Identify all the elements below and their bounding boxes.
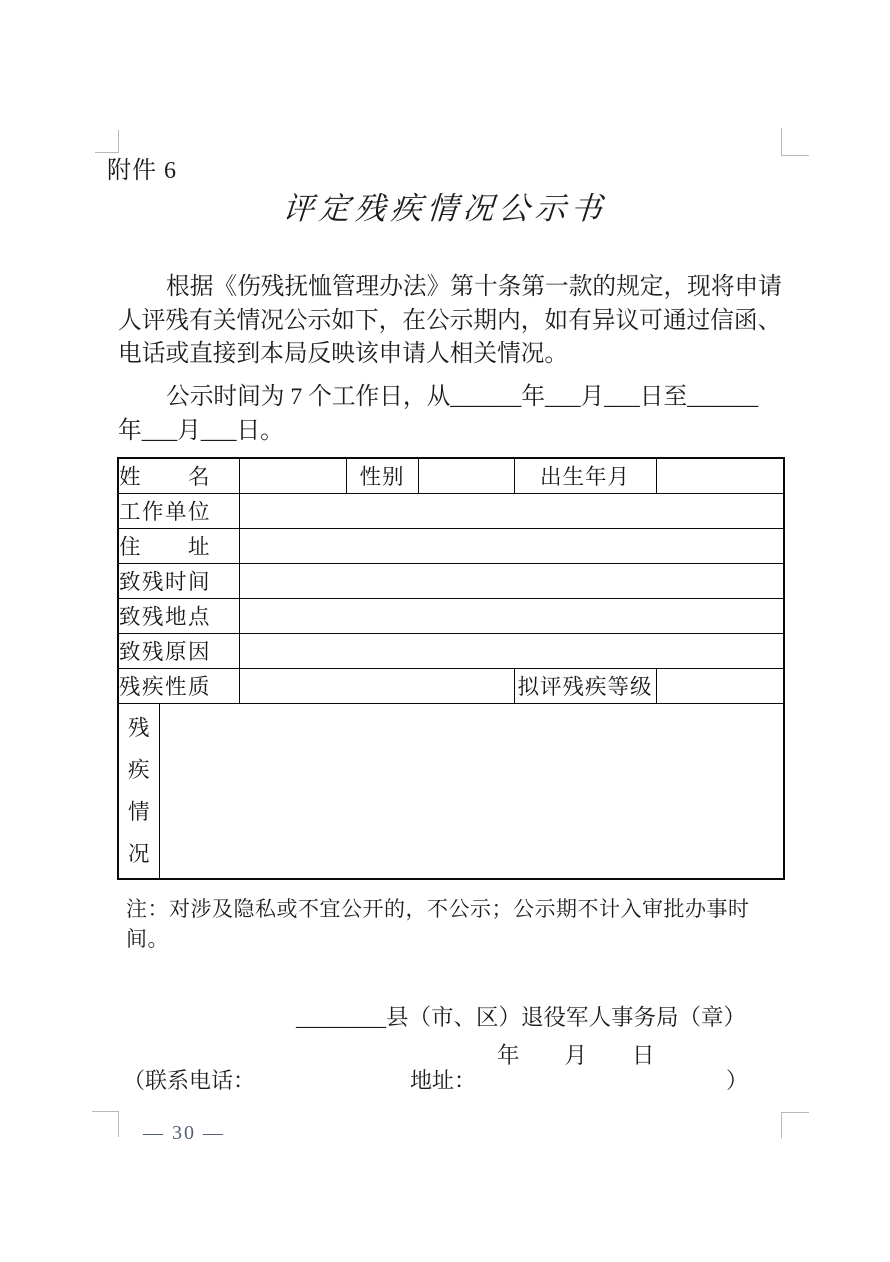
table-row-work-unit: 工作单位 xyxy=(118,493,784,528)
table-row-disability-status: 残 疾 情 况 xyxy=(118,703,784,879)
gender-value-cell xyxy=(418,458,514,493)
name-label-cell: 姓 名 xyxy=(118,458,239,493)
disability-status-label-char: 残 xyxy=(119,707,159,749)
signature-bureau-line: ________县（市、区）退役军人事务局（章） xyxy=(118,1000,746,1032)
work-unit-value-cell xyxy=(239,493,784,528)
work-unit-label-cell: 工作单位 xyxy=(118,493,239,528)
disability-status-label-char: 况 xyxy=(119,833,159,875)
publicity-period-line: 公示时间为 7 个工作日，从______年___月___日至______ xyxy=(118,381,790,415)
intro-paragraph-line: 电话或直接到本局反映该申请人相关情况。 xyxy=(118,338,790,372)
address-value-cell xyxy=(239,528,784,563)
publicity-period-line: 年___月___日。 xyxy=(118,415,790,449)
name-value-cell xyxy=(239,458,346,493)
page-number: — 30 — xyxy=(143,1122,225,1145)
contact-address-label: 地址： xyxy=(410,1068,465,1093)
applicant-info-table: 姓 名 性别 出生年月 工作单位 住 址 致残时间 致残地点 致残原因 xyxy=(117,457,785,880)
disability-cause-label-cell: 致残原因 xyxy=(118,633,239,668)
contact-phone-label: （联系电话： xyxy=(123,1068,255,1093)
birth-label-cell: 出生年月 xyxy=(514,458,656,493)
contact-close-paren: ） xyxy=(726,1068,748,1093)
disability-place-value-cell xyxy=(239,598,784,633)
disability-time-label-cell: 致残时间 xyxy=(118,563,239,598)
publicity-period-paragraph: 公示时间为 7 个工作日，从______年___月___日至______ 年__… xyxy=(118,381,790,448)
disability-status-label-char: 情 xyxy=(119,791,159,833)
table-row-disability-time: 致残时间 xyxy=(118,563,784,598)
table-row-disability-place: 致残地点 xyxy=(118,598,784,633)
attachment-label: 附件 6 xyxy=(107,150,177,185)
disability-place-label-cell: 致残地点 xyxy=(118,598,239,633)
disability-status-label-char: 疾 xyxy=(119,749,159,791)
intro-paragraph-line: 根据《伤残抚恤管理办法》第十条第一款的规定，现将申请 xyxy=(118,271,790,305)
text-boundary-mark-bottom-left xyxy=(92,1111,119,1137)
text-boundary-mark-bottom-right xyxy=(781,1112,809,1138)
text-boundary-mark-top-right xyxy=(781,128,809,156)
proposed-grade-label-cell: 拟评残疾等级 xyxy=(514,668,656,703)
table-row-name: 姓 名 性别 出生年月 xyxy=(118,458,784,493)
intro-paragraph-line: 人评残有关情况公示如下，在公示期内，如有异议可通过信函、 xyxy=(118,305,790,339)
footnote: 注：对涉及隐私或不宜公开的，不公示；公示期不计入审批办事时间。 xyxy=(126,893,790,953)
disability-status-label-cell: 残 疾 情 况 xyxy=(118,703,159,879)
signature-bureau-blank: ________ xyxy=(296,1005,386,1030)
proposed-grade-value-cell xyxy=(656,668,784,703)
disability-status-value-cell xyxy=(159,703,784,879)
signature-bureau-text: 县（市、区）退役军人事务局（章） xyxy=(386,1005,746,1030)
address-label-cell: 住 址 xyxy=(118,528,239,563)
gender-label-cell: 性别 xyxy=(346,458,418,493)
intro-paragraph: 根据《伤残抚恤管理办法》第十条第一款的规定，现将申请 人评残有关情况公示如下，在… xyxy=(118,271,790,372)
disability-nature-label-cell: 残疾性质 xyxy=(118,668,239,703)
table-row-address: 住 址 xyxy=(118,528,784,563)
document-title: 评定残疾情况公示书 xyxy=(0,183,890,228)
disability-cause-value-cell xyxy=(239,633,784,668)
table-row-disability-nature: 残疾性质 拟评残疾等级 xyxy=(118,668,784,703)
document-page: 附件 6 评定残疾情况公示书 根据《伤残抚恤管理办法》第十条第一款的规定，现将申… xyxy=(0,0,890,1262)
disability-nature-value-cell xyxy=(239,668,514,703)
birth-value-cell xyxy=(656,458,784,493)
contact-line: （联系电话：地址：） xyxy=(123,1064,748,1095)
disability-time-value-cell xyxy=(239,563,784,598)
table-row-disability-cause: 致残原因 xyxy=(118,633,784,668)
